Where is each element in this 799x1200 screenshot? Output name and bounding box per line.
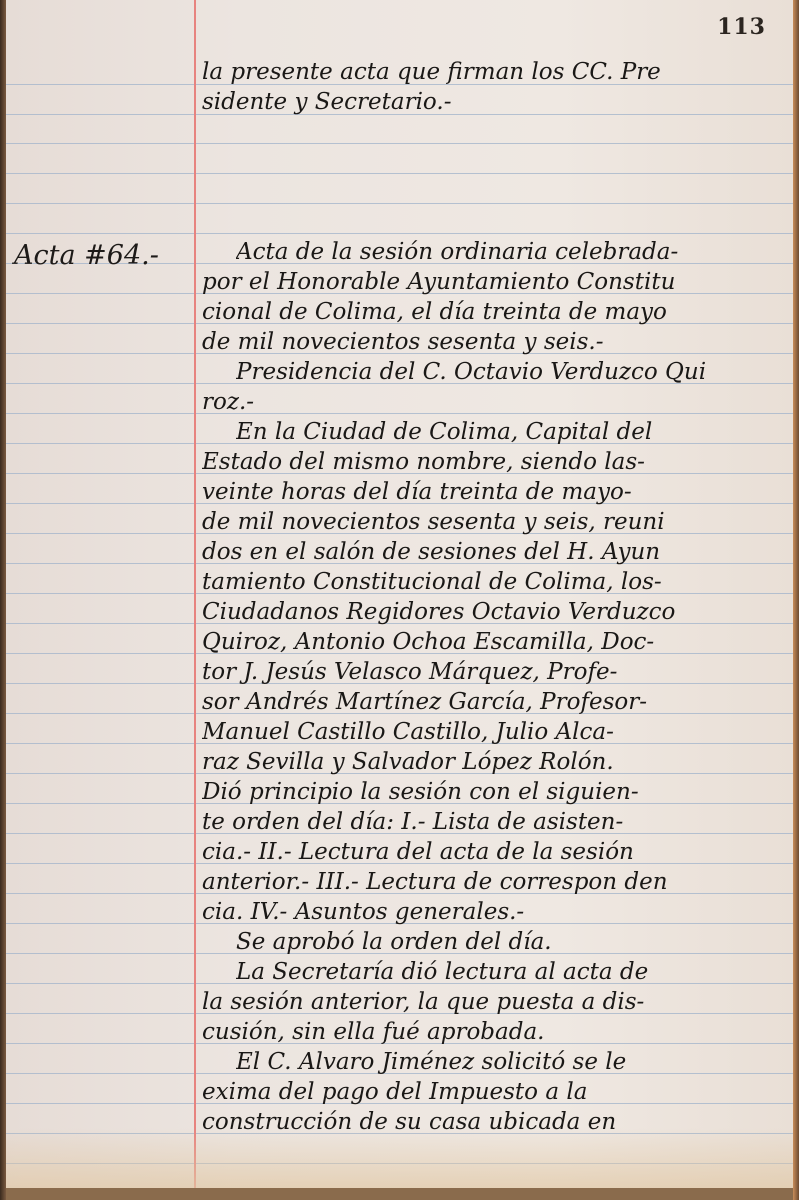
text-line: En la Ciudad de Colima, Capital del: [236, 418, 780, 446]
ledger-page: 113 Acta #64.- la presente acta que firm…: [4, 0, 794, 1188]
text-line: Dió principio la sesión con el siguien-: [202, 778, 780, 806]
text-line: roz.-: [202, 388, 780, 416]
text-line: cional de Colima, el día treinta de mayo: [202, 298, 780, 326]
book-binding: [0, 0, 6, 1200]
page-shadow: [4, 1128, 794, 1188]
text-line: La Secretaría dió lectura al acta de: [236, 958, 780, 986]
text-line: raz Sevilla y Salvador López Rolón.: [202, 748, 780, 776]
text-line: Acta de la sesión ordinaria celebrada-: [236, 238, 780, 266]
text-line: El C. Alvaro Jiménez solicitó se le: [236, 1048, 780, 1076]
text-line: Manuel Castillo Castillo, Julio Alca-: [202, 718, 780, 746]
text-line: por el Honorable Ayuntamiento Constitu: [202, 268, 780, 296]
text-line: Se aprobó la orden del día.: [236, 928, 780, 956]
text-line: construcción de su casa ubicada en: [202, 1108, 780, 1136]
text-line: la sesión anterior, la que puesta a dis-: [202, 988, 780, 1016]
ruled-line: [4, 143, 794, 144]
text-line: cia. IV.- Asuntos generales.-: [202, 898, 780, 926]
text-line: sidente y Secretario.-: [202, 88, 780, 116]
text-line: la presente acta que firman los CC. Pre: [202, 58, 780, 86]
text-line: exima del pago del Impuesto a la: [202, 1078, 780, 1106]
red-margin-line: [194, 0, 196, 1188]
text-line: veinte horas del día treinta de mayo-: [202, 478, 780, 506]
text-line: Presidencia del C. Octavio Verduzco Qui: [236, 358, 780, 386]
text-line: sor Andrés Martínez García, Profesor-: [202, 688, 780, 716]
text-line: Estado del mismo nombre, siendo las-: [202, 448, 780, 476]
text-line: tamiento Constitucional de Colima, los-: [202, 568, 780, 596]
ruled-line: [4, 233, 794, 234]
text-line: tor J. Jesús Velasco Márquez, Profe-: [202, 658, 780, 686]
text-line: cia.- II.- Lectura del acta de la sesión: [202, 838, 780, 866]
text-line: de mil novecientos sesenta y seis, reuni: [202, 508, 780, 536]
page-edge: [793, 0, 799, 1200]
text-line: dos en el salón de sesiones del H. Ayun: [202, 538, 780, 566]
ruled-line: [4, 203, 794, 204]
margin-note-act-number: Acta #64.-: [14, 240, 159, 271]
page-number: 113: [717, 14, 766, 40]
text-line: te orden del día: I.- Lista de asisten-: [202, 808, 780, 836]
text-line: Ciudadanos Regidores Octavio Verduzco: [202, 598, 780, 626]
text-line: anterior.- III.- Lectura de correspon de…: [202, 868, 780, 896]
text-line: Quiroz, Antonio Ochoa Escamilla, Doc-: [202, 628, 780, 656]
text-line: de mil novecientos sesenta y seis.-: [202, 328, 780, 356]
ruled-line: [4, 173, 794, 174]
text-line: cusión, sin ella fué aprobada.: [202, 1018, 780, 1046]
